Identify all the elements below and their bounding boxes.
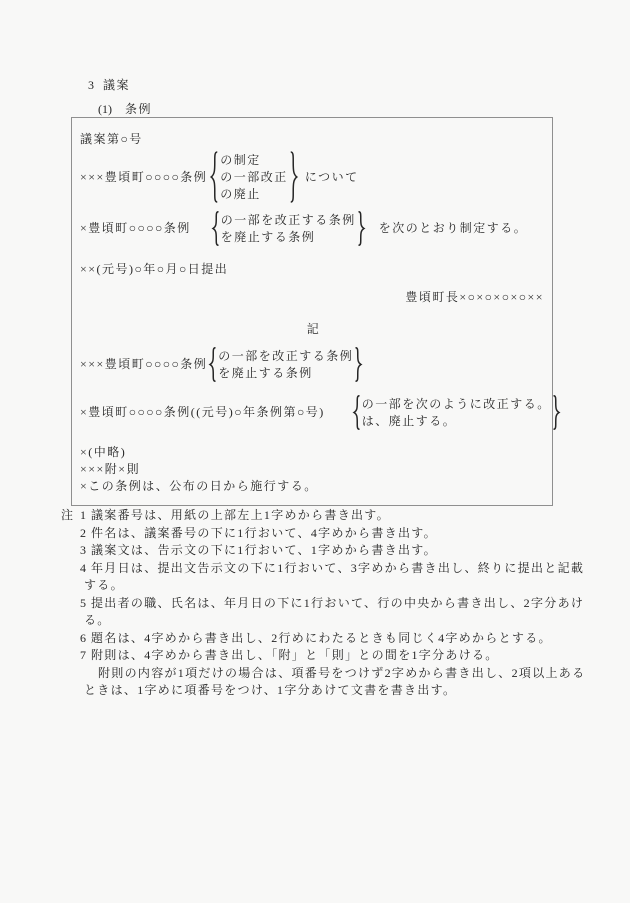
note-item: 3議案文は、告示文の下に1行おいて、1字めから書き出す。 bbox=[0, 542, 630, 560]
subsection-heading: (1)条例 bbox=[98, 100, 152, 117]
left-brace-icon bbox=[211, 211, 221, 246]
note-number: 1 bbox=[80, 507, 91, 525]
enactment-brace-group: の一部を改正する条例 を廃止する条例 bbox=[211, 211, 366, 246]
subject-options: の制定 の一部改正 の廃止 bbox=[220, 152, 288, 203]
note-item: 1議案番号は、用紙の上部左上1字めから書き出す。 bbox=[0, 507, 630, 525]
effective-date-line: ×この条例は、公布の日から施行する。 bbox=[80, 478, 547, 495]
supplementary-provision-line: ×××附×則 bbox=[80, 461, 547, 478]
option: の一部を改正する条例 bbox=[221, 212, 356, 229]
note-item: 2件名は、議案番号の下に1行おいて、4字めから書き出す。 bbox=[0, 525, 630, 543]
ellipsis-line: ×(中略) bbox=[80, 444, 547, 461]
note-line: 1議案番号は、用紙の上部左上1字めから書き出す。 bbox=[80, 507, 630, 525]
note-item: 5提出者の職、氏名は、年月日の下に1行おいて、行の中央から書き出し、2字分あける… bbox=[0, 595, 630, 630]
notes-list: 1議案番号は、用紙の上部左上1字めから書き出す。2件名は、議案番号の下に1行おい… bbox=[0, 507, 630, 700]
note-number: 5 bbox=[80, 595, 91, 613]
right-brace-icon bbox=[288, 151, 299, 203]
section-label: 議案 bbox=[103, 78, 130, 92]
note-number: 4 bbox=[80, 560, 91, 578]
note-line: 4年月日は、提出文告示文の下に1行おいて、3字めから書き出し、終りに提出と記載 bbox=[80, 560, 630, 578]
note-line: 6題名は、4字めから書き出し、2行めにわたるときも同じく4字めからとする。 bbox=[80, 630, 630, 648]
left-brace-icon bbox=[209, 151, 220, 203]
subject-brace-group: の制定 の一部改正 の廃止 bbox=[209, 151, 299, 203]
right-brace-icon bbox=[356, 211, 366, 246]
enactment-options: の一部を改正する条例 を廃止する条例 bbox=[221, 212, 356, 246]
subject-prefix: ×××豊頃町○○○○条例 bbox=[80, 169, 207, 186]
enactment-suffix: を次のとおり制定する。 bbox=[379, 220, 528, 237]
option: を廃止する条例 bbox=[218, 365, 353, 382]
signer-line: 豊頃町長×○×○×○×○×× bbox=[80, 289, 547, 306]
note-number: 6 bbox=[80, 630, 91, 648]
left-brace-icon bbox=[352, 395, 362, 430]
note-line: 3議案文は、告示文の下に1行おいて、1字めから書き出す。 bbox=[80, 542, 630, 560]
note-subparagraph-line: 附則の内容が1項だけの場合は、項番号をつけず2字めから書き出し、2項以上ある bbox=[98, 665, 630, 683]
option: の制定 bbox=[220, 152, 288, 169]
title-brace-group: の一部を改正する条例 を廃止する条例 bbox=[208, 347, 363, 382]
note-subparagraph-line: ときは、1字めに項番号をつけ、1字分あけて文書を書き出す。 bbox=[84, 682, 630, 700]
option: の一部を改正する条例 bbox=[218, 348, 353, 365]
document-page: 3議案 (1)条例 議案第○号 ×××豊頃町○○○○条例 の制定 の一部改正 の… bbox=[0, 0, 630, 903]
title-options: の一部を改正する条例 を廃止する条例 bbox=[218, 348, 353, 382]
option: を廃止する条例 bbox=[221, 229, 356, 246]
option: の廃止 bbox=[220, 186, 288, 203]
left-brace-icon bbox=[208, 347, 218, 382]
amendment-line: ×豊頃町○○○○条例((元号)○年条例第○号) の一部を次のように改正する。 は… bbox=[80, 395, 547, 430]
option: の一部改正 bbox=[220, 169, 288, 186]
note-line: 5提出者の職、氏名は、年月日の下に1行おいて、行の中央から書き出し、2字分あけ bbox=[80, 595, 630, 613]
note-line: 2件名は、議案番号の下に1行おいて、4字めから書き出す。 bbox=[80, 525, 630, 543]
amendment-options: の一部を次のように改正する。 は、廃止する。 bbox=[362, 396, 551, 430]
document-example-box: 議案第○号 ×××豊頃町○○○○条例 の制定 の一部改正 の廃止 について ×豊… bbox=[71, 117, 553, 506]
subject-suffix: について bbox=[305, 169, 359, 186]
enactment-prefix: ×豊頃町○○○○条例 bbox=[80, 220, 191, 237]
option: の一部を次のように改正する。 bbox=[362, 396, 551, 413]
note-item: 7附則は、4字めから書き出し、「附」と「則」との間を1字分あける。附則の内容が1… bbox=[0, 647, 630, 700]
right-brace-icon bbox=[551, 395, 561, 430]
subsection-number: (1) bbox=[98, 102, 112, 116]
ki-marker: 記 bbox=[80, 321, 547, 338]
title-prefix: ×××豊頃町○○○○条例 bbox=[80, 356, 207, 373]
section-heading: 3議案 bbox=[88, 76, 130, 93]
enactment-line: ×豊頃町○○○○条例 の一部を改正する条例 を廃止する条例 を次のとおり制定する… bbox=[80, 211, 547, 246]
note-number: 2 bbox=[80, 525, 91, 543]
notes-label: 注 bbox=[61, 507, 74, 525]
right-brace-icon bbox=[353, 347, 363, 382]
option: は、廃止する。 bbox=[362, 413, 551, 430]
note-line: 7附則は、4字めから書き出し、「附」と「則」との間を1字分あける。 bbox=[80, 647, 630, 665]
subsection-label: 条例 bbox=[125, 102, 152, 116]
note-continuation-line: する。 bbox=[84, 577, 630, 595]
subject-line: ×××豊頃町○○○○条例 の制定 の一部改正 の廃止 について bbox=[80, 151, 547, 203]
note-item: 4年月日は、提出文告示文の下に1行おいて、3字めから書き出し、終りに提出と記載す… bbox=[0, 560, 630, 595]
note-item: 6題名は、4字めから書き出し、2行めにわたるときも同じく4字めからとする。 bbox=[0, 630, 630, 648]
amendment-prefix: ×豊頃町○○○○条例((元号)○年条例第○号) bbox=[80, 404, 325, 421]
note-number: 3 bbox=[80, 542, 91, 560]
submission-date-line: ××(元号)○年○月○日提出 bbox=[80, 261, 547, 278]
bill-number-line: 議案第○号 bbox=[80, 131, 547, 148]
amendment-brace-group: の一部を次のように改正する。 は、廃止する。 bbox=[352, 395, 561, 430]
ordinance-title-line: ×××豊頃町○○○○条例 の一部を改正する条例 を廃止する条例 bbox=[80, 347, 547, 382]
note-number: 7 bbox=[80, 647, 91, 665]
note-continuation-line: る。 bbox=[84, 612, 630, 630]
notes-section: 注 1議案番号は、用紙の上部左上1字めから書き出す。2件名は、議案番号の下に1行… bbox=[0, 507, 630, 700]
section-number: 3 bbox=[88, 78, 94, 92]
